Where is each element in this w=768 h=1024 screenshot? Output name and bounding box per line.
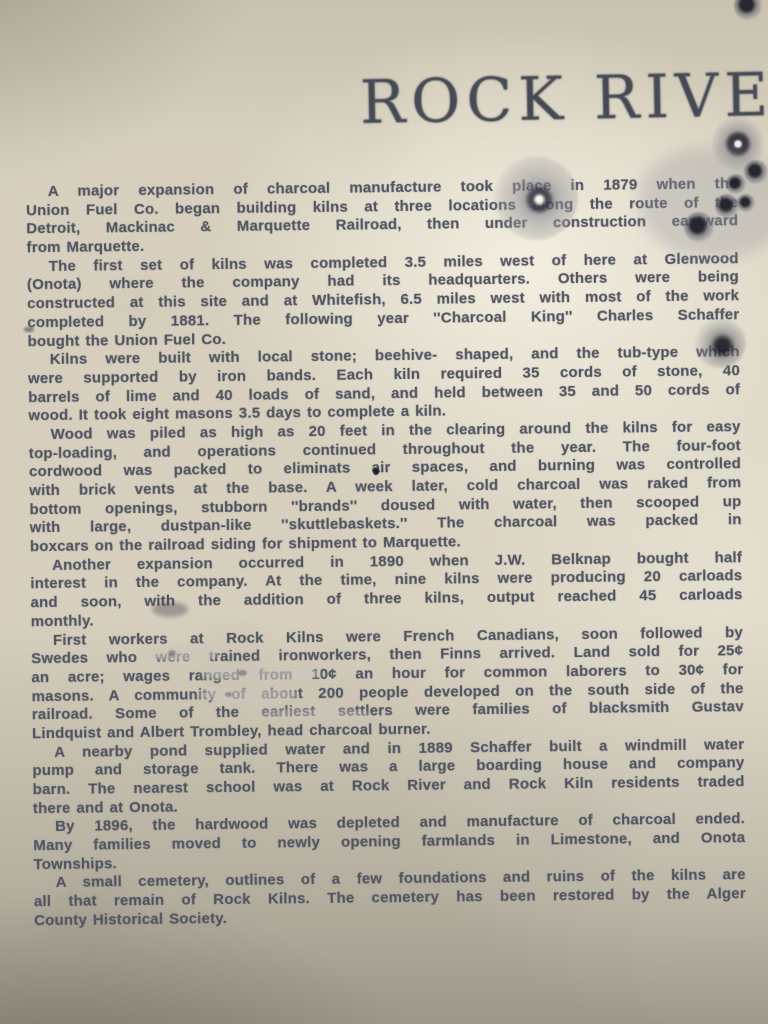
scuff-fleck: [225, 692, 232, 697]
paragraph: A major expansion of charcoal manufactur…: [26, 175, 739, 258]
bullet-spot: [737, 194, 755, 212]
dark-smudge: [152, 602, 188, 617]
bullet-spot: [744, 160, 768, 184]
scuff-fleck: [238, 670, 247, 676]
abrasion-scuff: [198, 687, 298, 703]
bullet-spot: [726, 174, 746, 194]
sign-photo: ROCK RIVER A major expansion of charcoal…: [0, 0, 768, 1024]
paragraph: First workers at Rock Kilns were French …: [31, 624, 744, 744]
paragraph: By 1896, the hardwood was depleted and m…: [33, 811, 746, 875]
paragraph: Another expansion occurred in 1890 when …: [30, 549, 743, 632]
bullet-spot: [715, 194, 739, 218]
corner-spot: [734, 0, 762, 20]
paragraph: The first set of kilns was completed 3.5…: [27, 250, 740, 352]
paragraph: A small cemetery, outlines of a few foun…: [34, 867, 747, 931]
paragraph: Wood was piled as high as 20 feet in the…: [29, 418, 742, 557]
abrasion-scuff: [146, 645, 218, 662]
body-text: A major expansion of charcoal manufactur…: [26, 175, 746, 931]
abrasion-scuff: [202, 665, 320, 682]
paragraph: Kilns were built with local stone; beehi…: [28, 343, 741, 426]
abrasion-scuff: [248, 708, 370, 721]
scuff-fleck: [168, 650, 176, 656]
paragraph: A nearby pond supplied water and in 1889…: [32, 736, 745, 819]
bullet-spot: [684, 212, 714, 242]
sign-title: ROCK RIVER: [359, 61, 768, 136]
sign-title-wrap: ROCK RIVER: [0, 0, 768, 175]
